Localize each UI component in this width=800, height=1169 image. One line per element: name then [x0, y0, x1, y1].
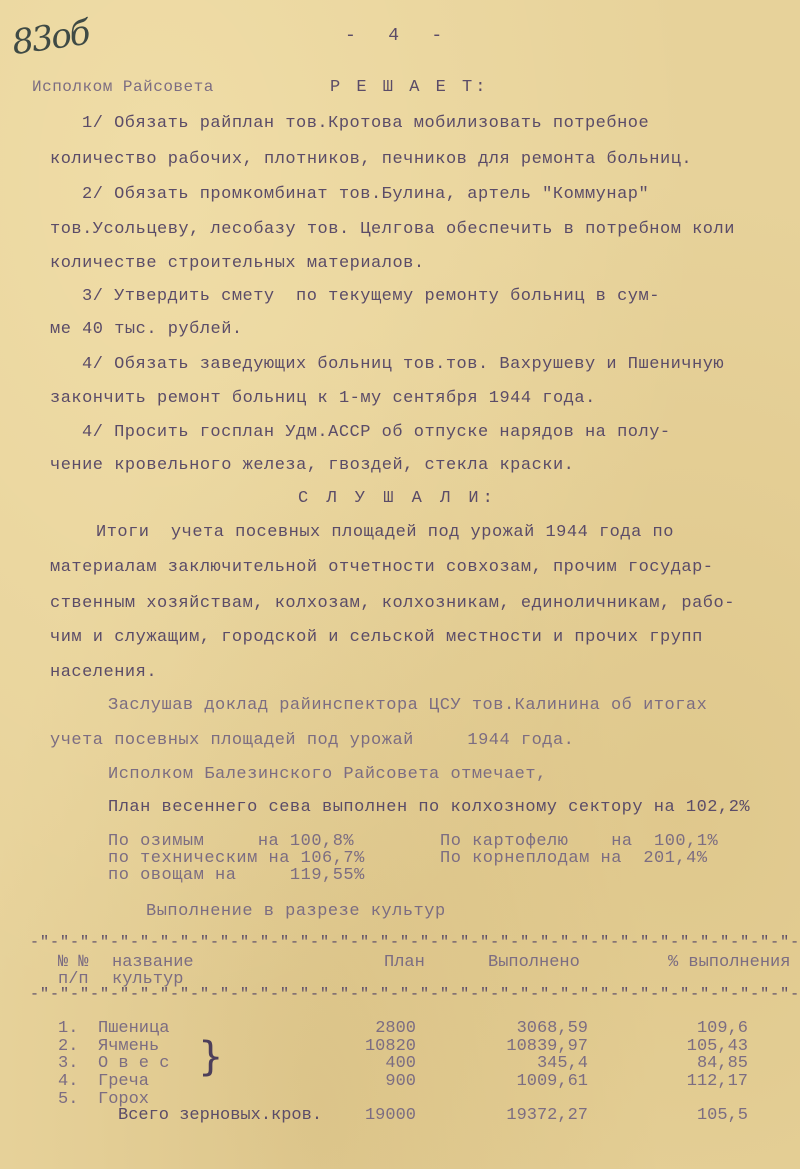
report-line-2: учета посевных площадей под урожай 1944 …: [50, 731, 574, 750]
header-pct: % выполнения: [668, 954, 790, 971]
decision-1-line-2: количество рабочих, плотников, печников …: [50, 150, 692, 169]
crop-name: Пшеница: [98, 1020, 169, 1037]
decision-2-line-3: количестве строительных материалов.: [50, 254, 425, 273]
decision-1-line-1: 1/ Обязать райплан тов.Кротова мобилизов…: [82, 114, 649, 133]
total-pct: 105,5: [697, 1107, 748, 1124]
header-plan: План: [384, 954, 425, 971]
archival-document-page: 83об - 4 - Исполком Райсовета Р Е Ш А Е …: [0, 0, 800, 1169]
decision-3-line-2: ме 40 тыс. рублей.: [50, 320, 243, 339]
plan-value: 400: [385, 1055, 416, 1072]
archive-folio-note: 83об: [10, 13, 91, 63]
decision-4-line-2: закончить ремонт больниц к 1-му сентября…: [50, 389, 596, 408]
crop-name: Греча: [98, 1073, 149, 1090]
row-number: 1.: [58, 1020, 78, 1037]
plan-value: 10820: [365, 1038, 416, 1055]
grouping-brace-icon: }: [198, 1037, 223, 1077]
plan-summary-line: План весеннего сева выполнен по колхозно…: [108, 798, 750, 817]
pct-value: 105,43: [687, 1038, 748, 1055]
table-top-rule: -"-"-"-"-"-"-"-"-"-"-"-"-"-"-"-"-"-"-"-"…: [30, 934, 800, 951]
total-label: Всего зерновых.кров.: [118, 1107, 322, 1124]
total-plan: 19000: [365, 1107, 416, 1124]
decision-5-line-2: чение кровельного железа, гвоздей, стекл…: [50, 456, 574, 475]
done-value: 3068,59: [517, 1020, 588, 1037]
pct-value: 112,17: [687, 1073, 748, 1090]
decision-5-line-1: 4/ Просить госплан Удм.АССР об отпуске н…: [82, 423, 671, 442]
row-number: 3.: [58, 1055, 78, 1072]
done-value: 10839,97: [506, 1038, 588, 1055]
decision-4-line-1: 4/ Обязать заведующих больниц тов.тов. В…: [82, 355, 724, 374]
heard-line-2: материалам заключительной отчетности сов…: [50, 558, 714, 577]
fulfilment-right-1: По картофелю на 100,1%: [440, 834, 718, 850]
crop-name: Ячмень: [98, 1038, 159, 1055]
page-number: - 4 -: [345, 26, 442, 46]
heard-line-3: ственным хозяйствам, колхозам, колхозник…: [50, 594, 735, 613]
decision-heading: Р Е Ш А Е Т:: [330, 78, 488, 97]
heard-line-4: чим и служащим, городской и сельской мес…: [50, 628, 703, 647]
fulfilment-right-2: По корнеплодам на 201,4%: [440, 851, 708, 867]
pct-value: 84,85: [697, 1055, 748, 1072]
header-done: Выполнено: [488, 954, 580, 971]
row-number: 5.: [58, 1091, 78, 1108]
plan-value: 2800: [375, 1020, 416, 1037]
fulfilment-left-2: по техническим на 106,7%: [108, 851, 365, 867]
header-num: № №: [58, 954, 89, 971]
fulfilment-left-3: по овощам на 119,55%: [108, 868, 365, 884]
heard-line-5: населения.: [50, 663, 157, 682]
row-number: 2.: [58, 1038, 78, 1055]
decision-3-line-1: 3/ Утвердить смету по текущему ремонту б…: [82, 287, 660, 306]
total-done: 19372,27: [506, 1107, 588, 1124]
fulfilment-left-1: По озимым на 100,8%: [108, 834, 354, 850]
table-caption: Выполнение в разрезе культур: [146, 902, 446, 921]
heard-line-1: Итоги учета посевных площадей под урожай…: [96, 523, 674, 542]
report-notes: Исполком Балезинского Райсовета отмечает…: [108, 765, 547, 784]
heard-heading: С Л У Ш А Л И:: [298, 489, 497, 508]
decision-2-line-1: 2/ Обязать промкомбинат тов.Булина, арте…: [82, 185, 649, 204]
pct-value: 109,6: [697, 1020, 748, 1037]
done-value: 345,4: [537, 1055, 588, 1072]
plan-value: 900: [385, 1073, 416, 1090]
row-number: 4.: [58, 1073, 78, 1090]
table-header-rule: -"-"-"-"-"-"-"-"-"-"-"-"-"-"-"-"-"-"-"-"…: [30, 986, 800, 1003]
report-line-1: Заслушав доклад райинспектора ЦСУ тов.Ка…: [108, 696, 707, 715]
header-name: название: [112, 954, 194, 971]
crop-name: О в е с: [98, 1055, 169, 1072]
done-value: 1009,61: [517, 1073, 588, 1090]
issuer-label: Исполком Райсовета: [32, 78, 214, 96]
decision-2-line-2: тов.Усольцеву, лесобазу тов. Целгова обе…: [50, 220, 735, 239]
